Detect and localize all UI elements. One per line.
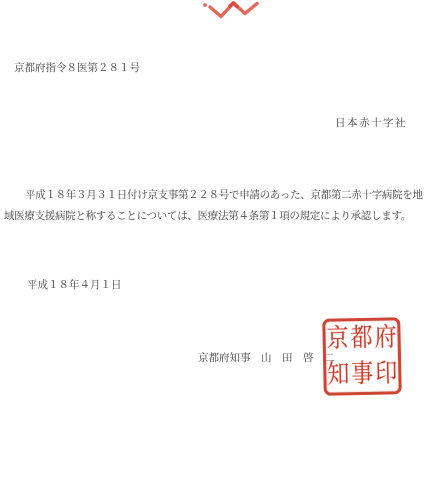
recipient-name: 日本赤十字社 (335, 117, 407, 130)
seal-character: 知 (326, 354, 351, 396)
seal-character: 印 (374, 353, 399, 395)
seal-character: 事 (350, 353, 375, 395)
issue-date: 平成１８年４月１日 (27, 279, 122, 292)
body-text-line: 平成１８年３月３１日付け京支事第２２８号で申請のあった、京都第二赤十字病院を地 (25, 189, 423, 202)
governor-official-seal: 京 都 府 知 事 印 (322, 317, 402, 396)
reference-number: 京都府指令８医第２８１号 (14, 62, 140, 75)
governor-signature: 京都府知事 山 田 啓 二 (198, 352, 335, 365)
body-text-line: 域医療支援病院と称することについては、医療法第４条第１項の規定により承認します。 (4, 210, 411, 223)
scanned-document-page: 京都府指令８医第２８１号 日本赤十字社 平成１８年３月３１日付け京支事第２２８号… (0, 0, 425, 500)
red-handwritten-mark-icon (200, 0, 262, 22)
